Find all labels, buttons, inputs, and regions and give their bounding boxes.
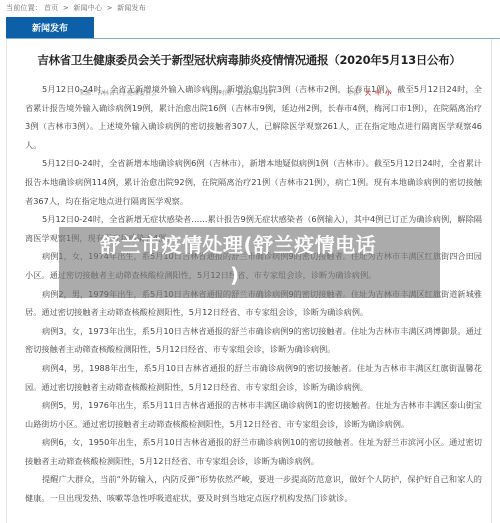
breadcrumb-home[interactable]: 首页: [44, 4, 58, 12]
watermark-line-1: 舒兰市疫情处理(舒兰疫情电话: [100, 233, 376, 257]
paragraph-case-3: 病例3，女，1973年出生，系5月10日吉林省通报的舒兰市确诊病例9的密切接触者…: [25, 322, 482, 359]
paragraph-local-cases: 5月12日0-24时，全省新增本地确诊病例6例（吉林市），新增本地疑似病例1例（…: [25, 154, 482, 210]
breadcrumb-news-release[interactable]: 新闻发布: [117, 4, 146, 12]
tab-bar: 新闻发布: [6, 17, 500, 39]
breadcrumb-separator: >: [63, 4, 69, 12]
breadcrumb-prefix: 当前位置：: [6, 4, 42, 12]
article-title: 吉林省卫生健康委员会关于新型冠状病毒肺炎疫情情况通报（2020年5月13日公布）: [7, 52, 491, 68]
paragraph-reminder: 提醒广大群众，当前“外防输入，内防反弹”形势依然严峻，要进一步提高防范意识，做好…: [25, 470, 482, 507]
breadcrumb-separator: >: [107, 4, 113, 12]
watermark-line-2: ): [100, 260, 445, 290]
watermark-caption: 舒兰市疫情处理(舒兰疫情电话 ): [100, 230, 445, 290]
paragraph-case-5: 病例5，男，1976年出生，系5月11日吉林省通报的吉林市丰满区确诊病例1的密切…: [25, 396, 482, 433]
paragraph-case-6: 病例6，女，1950年出生，系5月10日吉林省通报的舒兰市确诊病例10的密切接触…: [25, 433, 482, 470]
paragraph-case-4: 病例4，男，1988年出生，系5月10日吉林省通报的舒兰市确诊病例9的密切接触者…: [25, 359, 482, 396]
tab-news-release[interactable]: 新闻发布: [6, 17, 94, 38]
breadcrumb: 当前位置：首页 > 新闻中心 > 新闻发布: [6, 3, 148, 13]
paragraph-imported-cases: 5月12日0-24时，全省无新增境外输入确诊病例。新增治愈出院3例（吉林市2例，…: [25, 80, 482, 154]
breadcrumb-news-center[interactable]: 新闻中心: [73, 4, 102, 12]
